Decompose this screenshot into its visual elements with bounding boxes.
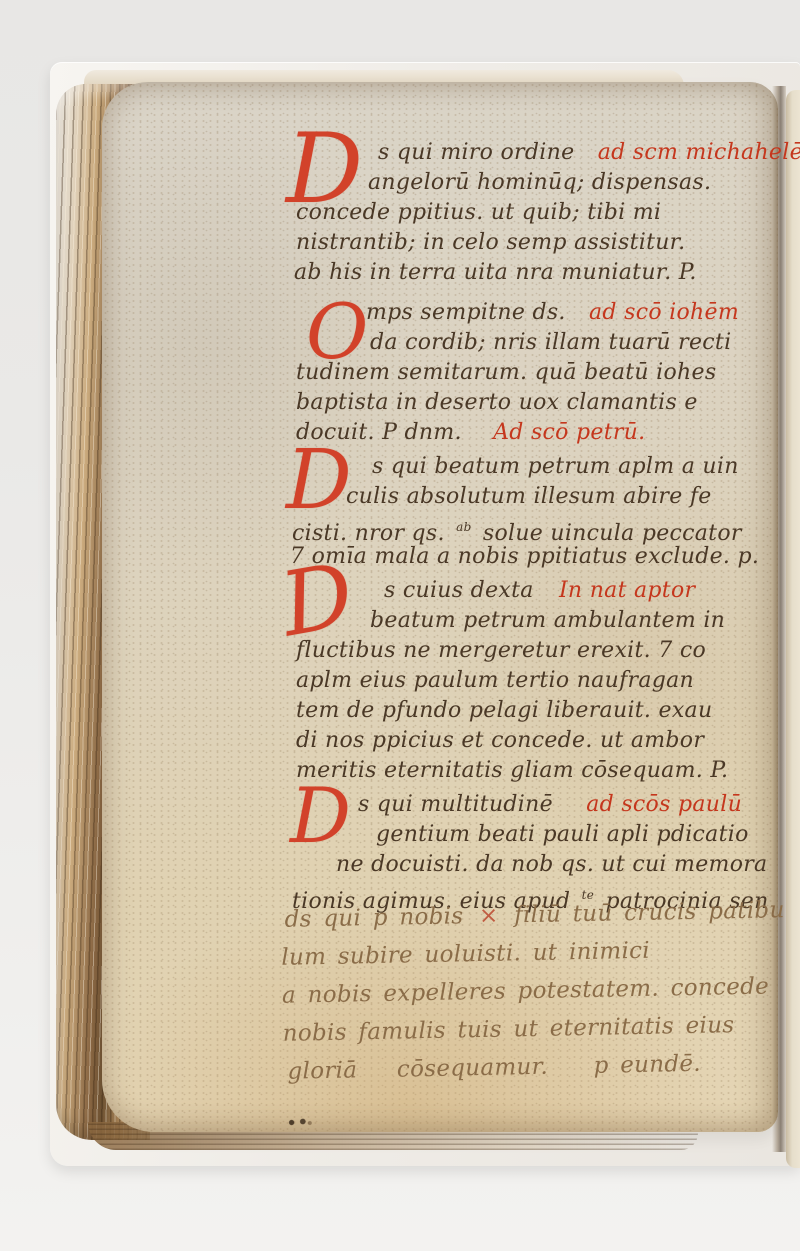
prayer-block: Ds qui miro ordine ad scm michahelē ange… xyxy=(292,138,792,288)
manuscript-photo: Ds qui miro ordine ad scm michahelē ange… xyxy=(0,0,800,1251)
ink-text: s qui multitudinē xyxy=(358,792,553,817)
ink-text: culis absolutum illesum abire fe xyxy=(346,484,712,509)
text-line: concede ppitius. ut quib; tibi mi xyxy=(292,198,792,228)
ink-text: × xyxy=(479,903,499,929)
ink-text: p eundē. xyxy=(593,1051,701,1079)
initial-letter: O xyxy=(306,298,369,366)
text-line: s qui miro ordine ad scm michahelē xyxy=(292,138,792,168)
text-line: baptista in deserto uox clamantis e xyxy=(292,388,792,418)
rubric-text: ad scōs paulū xyxy=(586,792,742,817)
ink-text: 7 omīa mala a nobis ppitiatus exclude. p… xyxy=(290,544,759,569)
text-line: tem de pfundo pelagi liberauit. exau xyxy=(290,696,790,726)
text-line: fluctibus ne mergeretur erexit. 7 co xyxy=(290,636,790,666)
initial-letter: D xyxy=(286,126,363,212)
ink-text: ne docuisti. da nob qs. ut cui memora xyxy=(336,852,767,877)
ink-text: nistrantib; in celo semp assistitur. xyxy=(296,230,685,255)
text-line: nistrantib; in celo semp assistitur. xyxy=(292,228,792,258)
ink-text: a nobis expelleres potestatem. concede xyxy=(282,973,769,1008)
text-line: culis absolutum illesum abire fe xyxy=(290,482,790,512)
text-line: s qui multitudinē ad scōs paulū xyxy=(292,790,792,820)
ink-text: s cuius dexta xyxy=(384,578,534,603)
rubric-text: In nat aptor xyxy=(559,578,695,603)
ink-text: mps sempitne ds. xyxy=(366,300,566,325)
rubric-text: Ad scō petrū. xyxy=(493,420,645,445)
initial-letter: D xyxy=(290,782,351,850)
prayer-block: Ds qui beatum petrum aplm a uin culis ab… xyxy=(290,452,790,572)
text-line: gloriā cōsequamur. p eundē. xyxy=(283,1043,784,1091)
ink-text: da cordib; nris illam tuarū recti xyxy=(370,330,731,355)
ink-text: aplm eius paulum tertio naufragan xyxy=(296,668,694,693)
ink-text: nobis famulis tuis ut eternitatis eius xyxy=(283,1012,735,1047)
ink-text: ds qui p nobis xyxy=(284,903,463,932)
text-line: s cuius dexta In nat aptor xyxy=(290,576,790,606)
text-line: s qui beatum petrum aplm a uin xyxy=(290,452,790,482)
text-line: di nos ppicius et concede. ut ambor xyxy=(290,726,790,756)
ink-text: cōsequamur. xyxy=(397,1054,549,1083)
ink-text: meritis eternitatis gliam cōsequam. P. xyxy=(296,758,728,783)
ink-text: beatum petrum ambulantem in xyxy=(370,608,725,633)
text-line: aplm eius paulum tertio naufragan xyxy=(290,666,790,696)
ink-text: gloriā xyxy=(287,1057,357,1084)
ink-text: s qui beatum petrum aplm a uin xyxy=(372,454,739,479)
ink-text: s qui miro ordine xyxy=(378,140,574,165)
ink-text: ab his in terra uita nra muniatur. P. xyxy=(294,260,697,285)
rubric-text: ad scō iohēm xyxy=(589,300,739,325)
text-line: cisti. nror qs. ab solue uincula peccato… xyxy=(290,512,790,542)
ink-text: filiū tuū crucis patibu xyxy=(514,897,785,928)
ink-text: lum subire uoluisti. ut inimici xyxy=(281,938,650,971)
ink-text: di nos ppicius et concede. ut ambor xyxy=(296,728,704,753)
prayer-block: Omps sempitne ds. ad scō iohēm da cordib… xyxy=(292,298,792,448)
text-line: ne docuisti. da nob qs. ut cui memora xyxy=(292,850,792,880)
ink-text: tem de pfundo pelagi liberauit. exau xyxy=(296,698,712,723)
text-line: meritis eternitatis gliam cōsequam. P. xyxy=(290,756,790,786)
text-line: docuit. P dnm. Ad scō petrū. xyxy=(292,418,792,448)
ink-text: baptista in deserto uox clamantis e xyxy=(296,390,698,415)
prayer-block: Ds cuius dexta In nat aptor beatum petru… xyxy=(290,576,790,786)
ink-text: angelorū hominūq; dispensas. xyxy=(368,170,711,195)
initial-letter: D xyxy=(286,444,352,518)
text-line: gentium beati pauli apli pdicatio xyxy=(292,820,792,850)
text-line: beatum petrum ambulantem in xyxy=(290,606,790,636)
rubric-text: ad scm michahelē xyxy=(598,140,800,165)
text-line: ab his in terra uita nra muniatur. P. xyxy=(292,258,792,288)
text-layer: Ds qui miro ordine ad scm michahelē ange… xyxy=(0,0,800,1251)
ink-text: ab xyxy=(456,520,471,534)
ink-text: gentium beati pauli apli pdicatio xyxy=(376,822,749,847)
text-line: 7 omīa mala a nobis ppitiatus exclude. p… xyxy=(290,542,790,572)
addition-block: ds qui p nobis × filiū tuū crucis patibu… xyxy=(280,891,784,1091)
text-line: angelorū hominūq; dispensas. xyxy=(292,168,792,198)
initial-letter: D xyxy=(276,554,360,644)
